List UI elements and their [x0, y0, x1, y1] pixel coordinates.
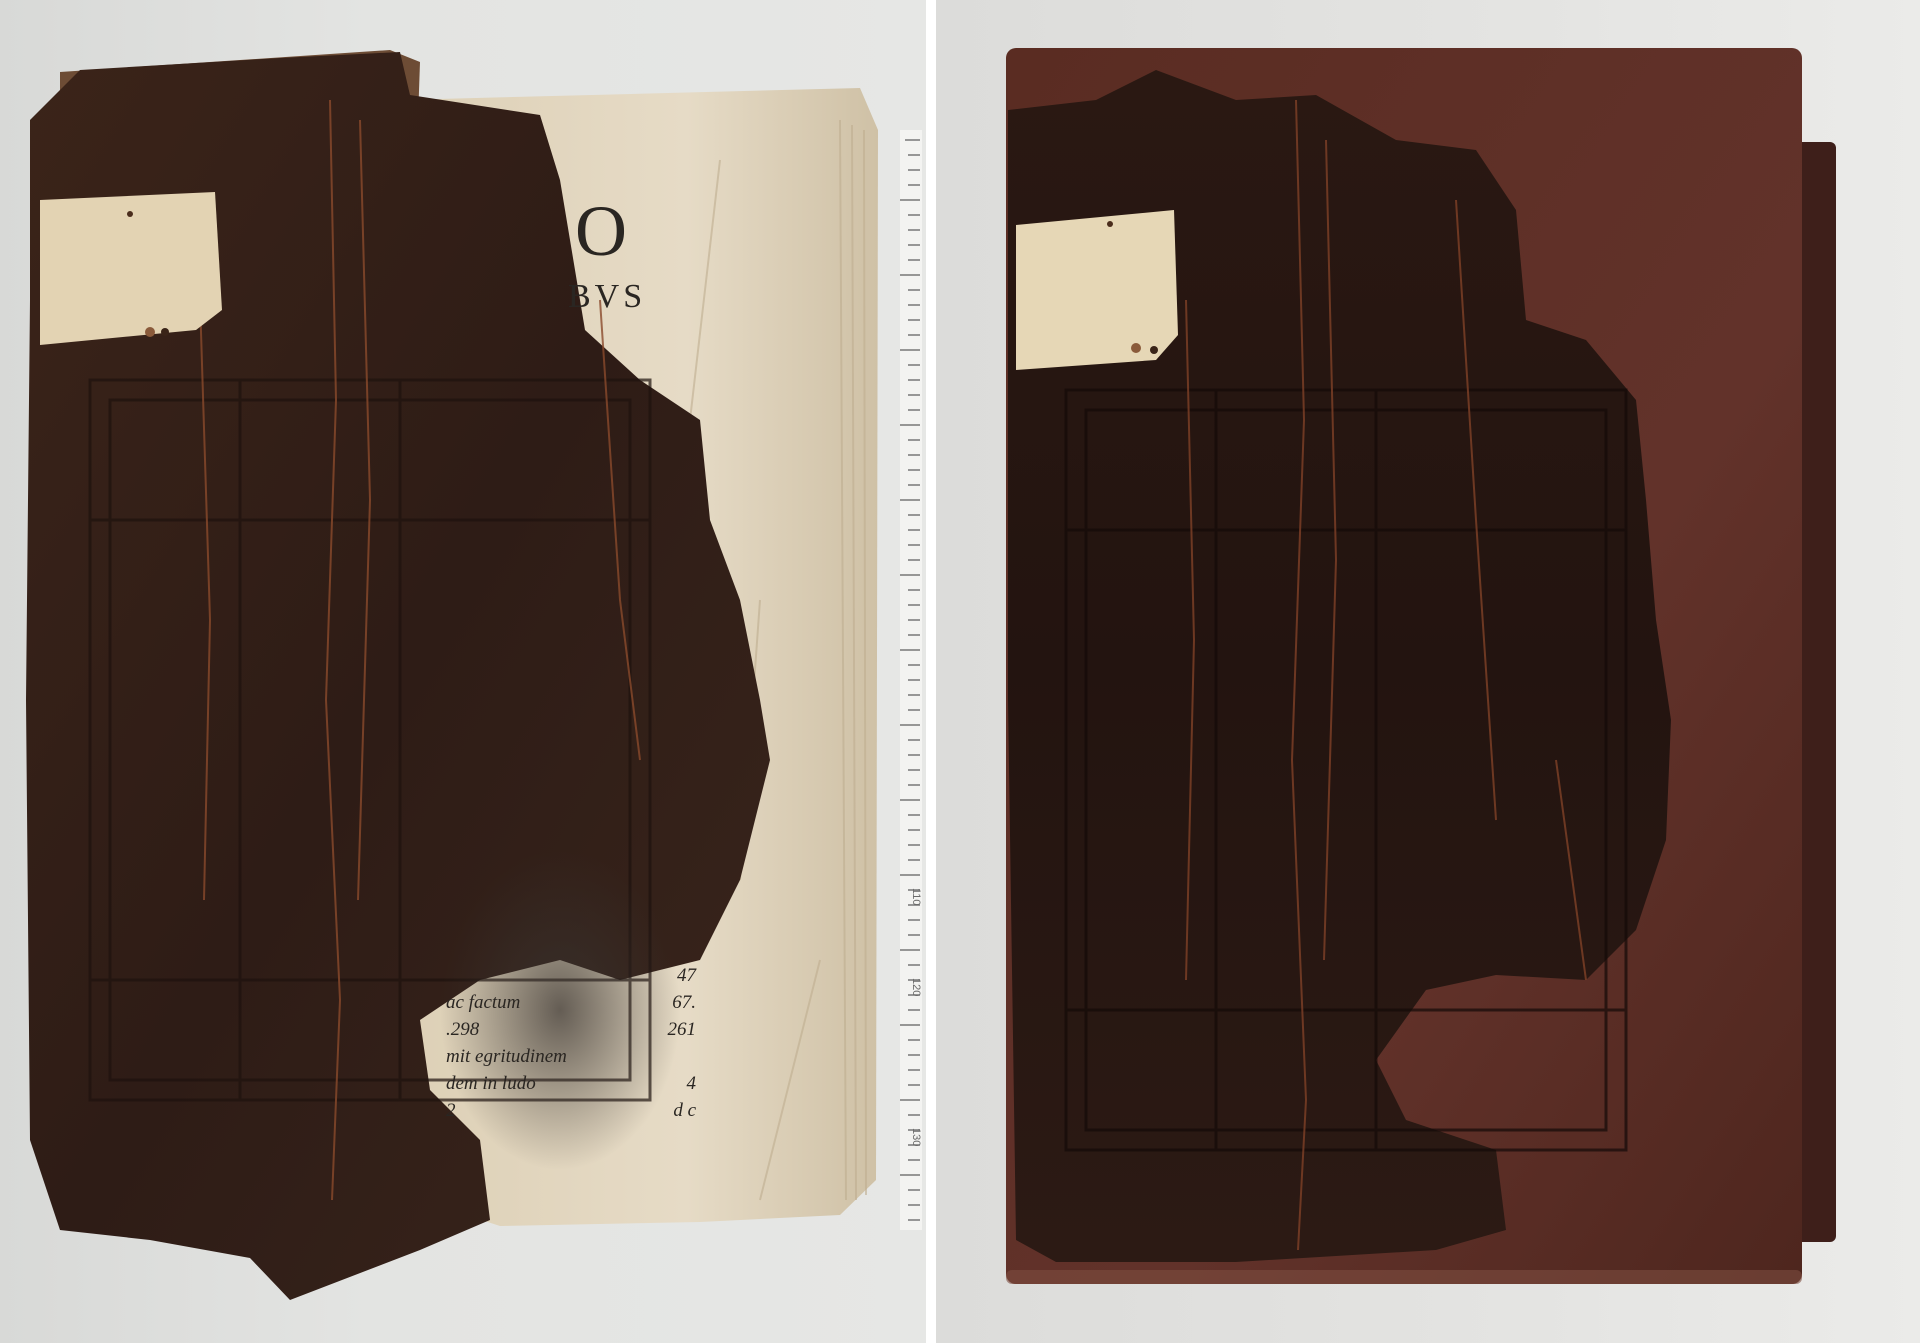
index-line: .298261 [446, 1016, 696, 1043]
before-photo-panel: O BVS 47 ac factum67. .298261 mit egritu… [0, 0, 926, 1343]
ruler-label: 130 [910, 1128, 922, 1146]
index-line: 2d c [446, 1097, 696, 1124]
title-page-word: BVS [568, 278, 646, 316]
index-line: ac factum67. [446, 989, 696, 1016]
index-fragment: 47 ac factum67. .298261 mit egritudinem … [446, 962, 696, 1124]
after-book-illustration [936, 0, 1920, 1343]
ruler-label: 110 [910, 888, 922, 906]
shelf-label [1016, 210, 1178, 370]
title-page-large-letter: O [575, 190, 627, 273]
panel-divider [926, 0, 936, 1343]
before-book-illustration [0, 0, 926, 1343]
ruler-label: 120 [910, 978, 922, 996]
index-line: 47 [446, 962, 696, 989]
index-line: mit egritudinem [446, 1043, 696, 1070]
index-line: dem in ludo4 [446, 1070, 696, 1097]
after-photo-panel [936, 0, 1920, 1343]
